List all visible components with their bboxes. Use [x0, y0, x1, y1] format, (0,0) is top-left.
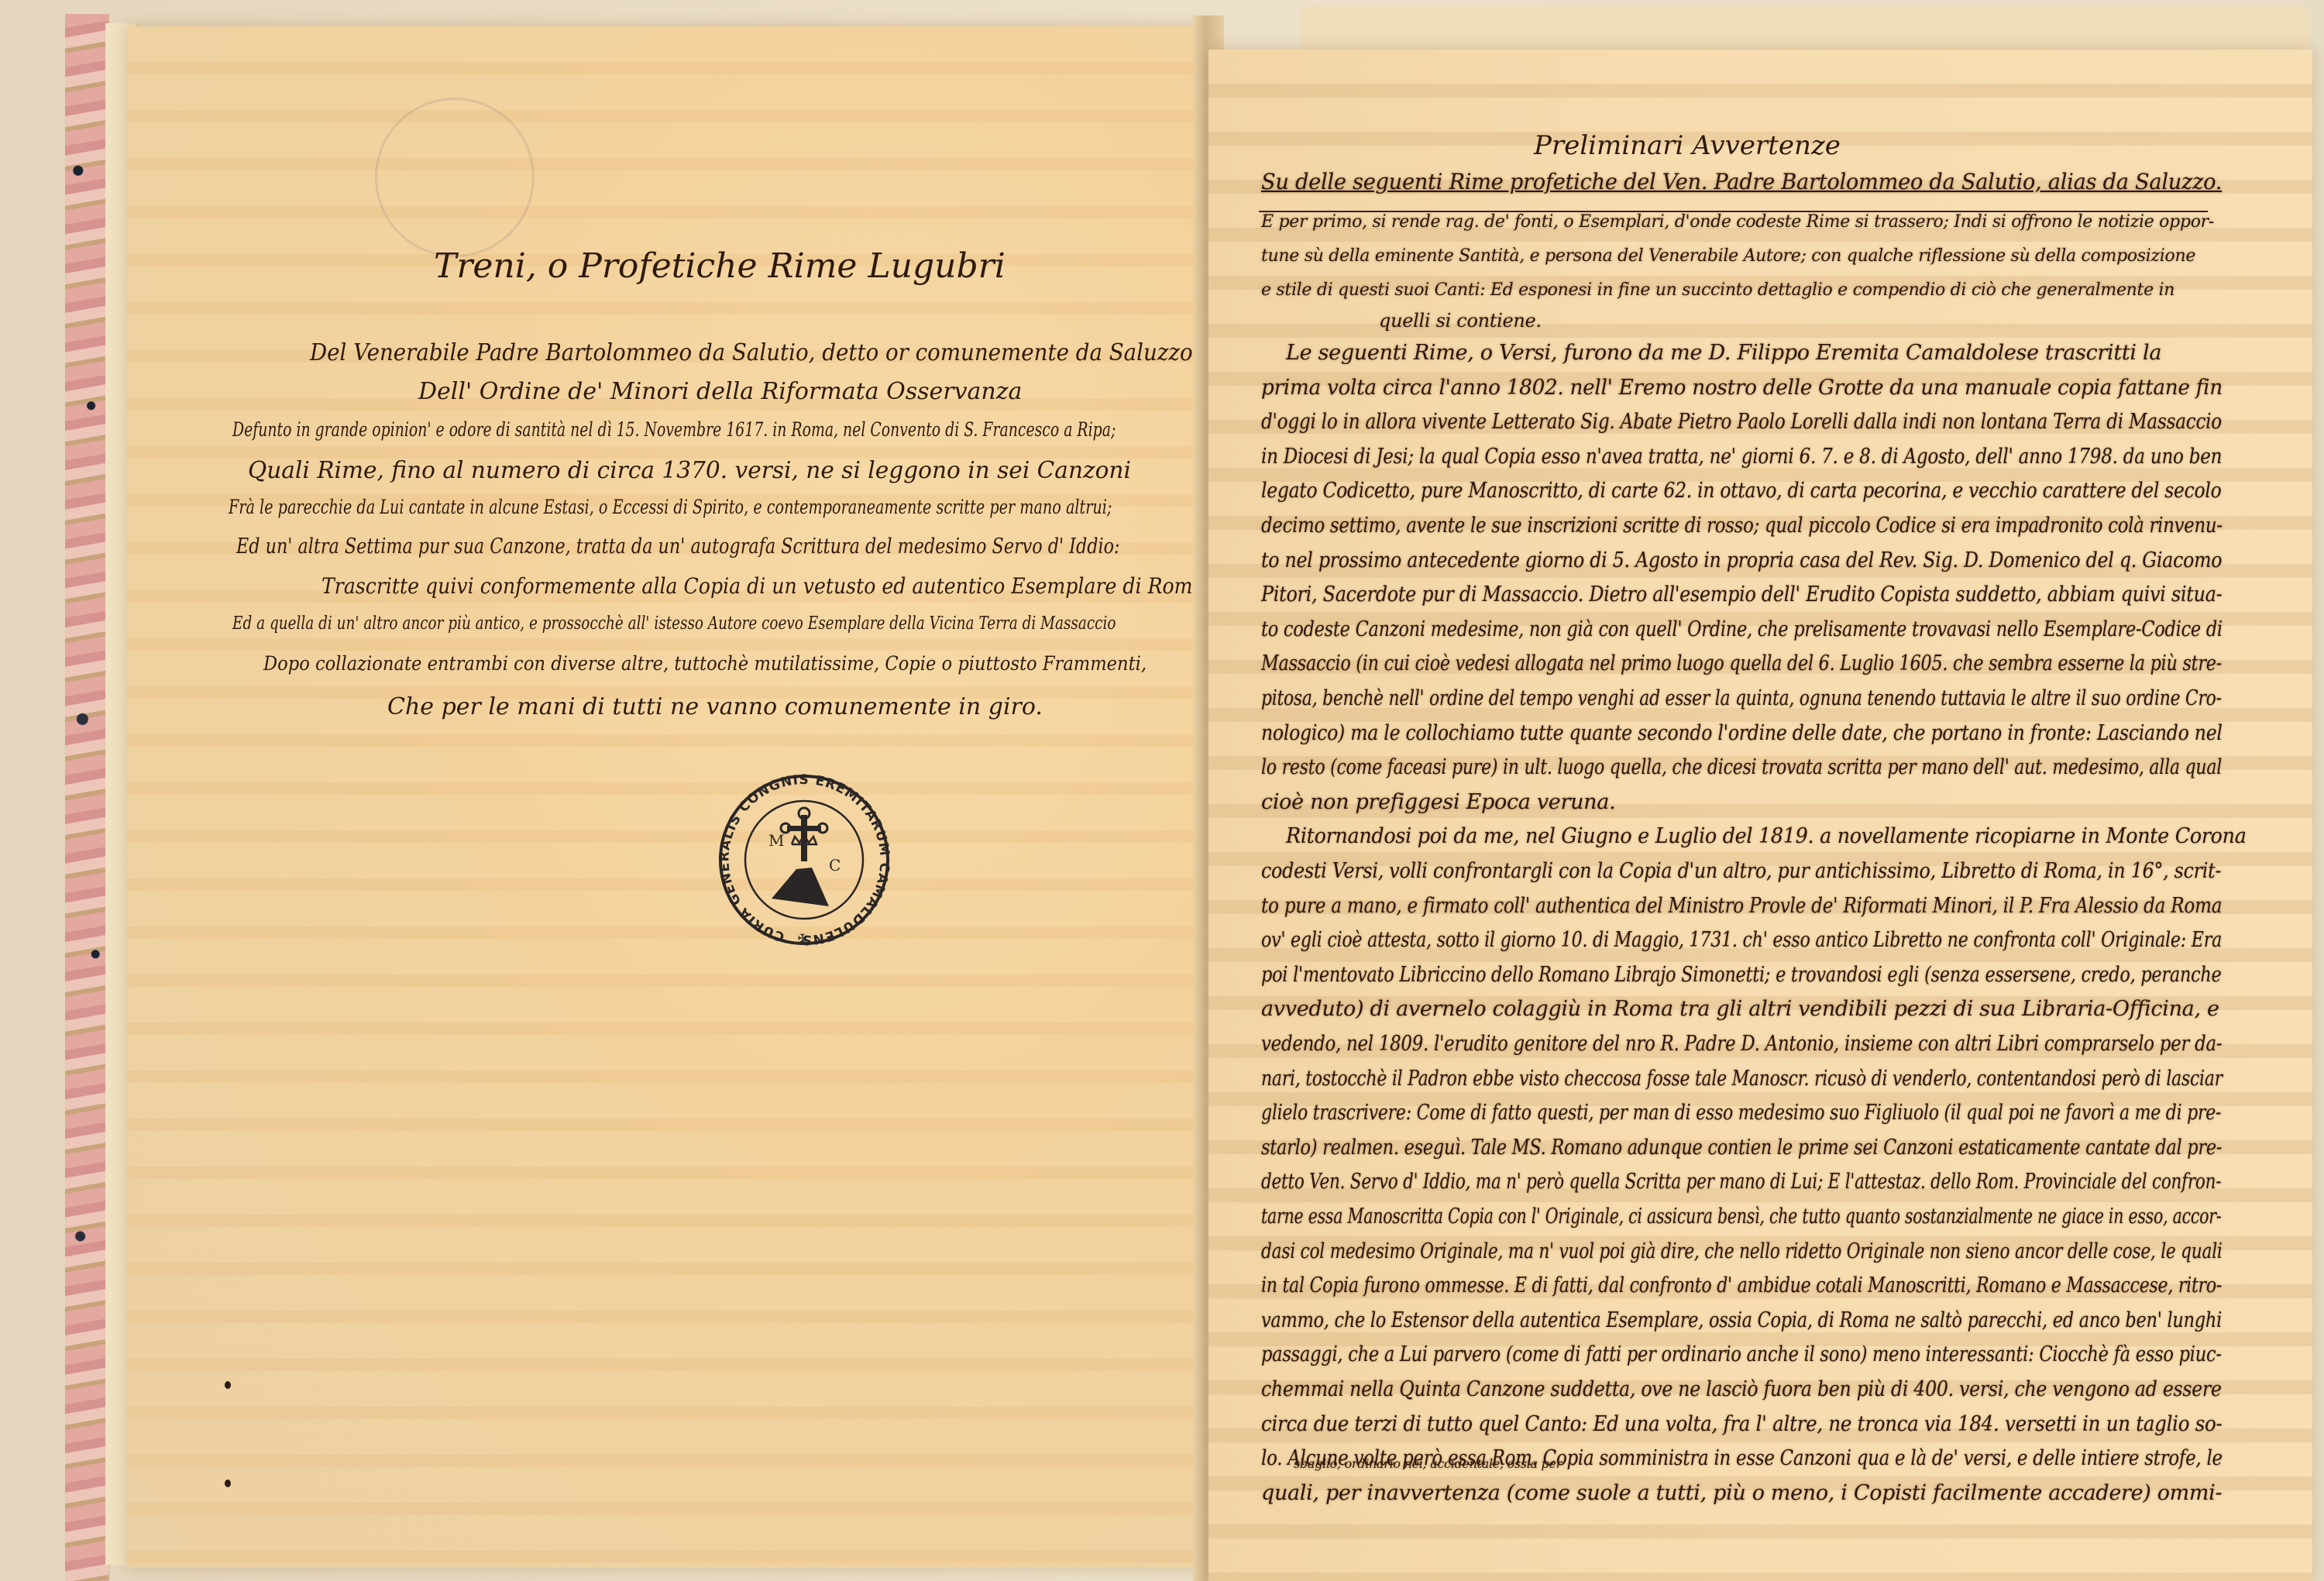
intro-line-3: e stile di questi suoi Canti: Ed espones… [1261, 280, 2174, 300]
body-line: tarne essa Manoscritta Copia con l' Orig… [1261, 1205, 2222, 1229]
svg-text:✠: ✠ [798, 933, 807, 945]
intro-line-2: tune sù della eminente Santità, e person… [1261, 246, 2195, 266]
body-line: prima volta circa l'anno 1802. nell' Ere… [1261, 376, 2223, 400]
body-line: to codeste Canzoni medesime, non già con… [1261, 617, 2223, 641]
body-line: Massaccio (in cui cioè vedesi allogata n… [1261, 651, 2222, 675]
body-line: Le seguenti Rime, o Versi, furono da me … [1286, 341, 2161, 365]
interlinear-insert: sbaglio, ordinario nei, accidentale, oss… [1294, 1456, 1562, 1471]
body-line: vammo, che lo Estensor della autentica E… [1261, 1308, 2222, 1332]
body-line: to nel prossimo antecedente giorno di 5.… [1261, 548, 2222, 572]
body-line: ov' egli cioè attesta, sotto il giorno 1… [1261, 928, 2222, 952]
body-line: decimo settimo, avente le sue inscrizion… [1261, 514, 2223, 538]
body-line: chemmai nella Quinta Canzone suddetta, o… [1261, 1377, 2222, 1401]
marbled-cover-edge [65, 14, 110, 1581]
body-line: Pitori, Sacerdote pur di Massaccio. Diet… [1261, 583, 2222, 607]
manuscript-title: Treni, o Profetiche Rime Lugubri [434, 246, 1006, 286]
body-line: poi l'mentovato Libriccino dello Romano … [1261, 963, 2222, 987]
body-line: glielo trascrivere: Come di fatto questi… [1261, 1101, 2221, 1125]
left-line-7: Trascritte quivi conformemente alla Copi… [321, 573, 1205, 599]
body-line: circa due terzi di tutto quel Canto: Ed … [1261, 1412, 2223, 1436]
svg-text:CURIA GENERALIS CONGNIS EREMIT: CURIA GENERALIS CONGNIS EREMITARUM CAMAL… [688, 759, 892, 947]
bleed-through-stamp [375, 98, 535, 257]
left-line-8: Ed a quella di un' altro ancor più antic… [232, 613, 1116, 634]
seal-letter-m: M [768, 831, 784, 850]
body-line: pitosa, benchè nell' ordine del tempo ve… [1261, 686, 2222, 710]
left-line-3: Defunto in grande opinion' e odore di sa… [232, 418, 1116, 441]
body-line: legato Codicetto, pure Manoscritto, di c… [1261, 479, 2221, 503]
body-line: avveduto) di avernelo colaggiù in Roma t… [1261, 997, 2219, 1021]
body-line: dasi col medesimo Originale, ma n' vuol … [1261, 1239, 2223, 1263]
body-line: starlo) realmen. eseguì. Tale MS. Romano… [1261, 1136, 2222, 1160]
body-line: vedendo, nel 1809. l'erudito genitore de… [1261, 1032, 2222, 1056]
seal-letter-c: C [829, 856, 841, 875]
body-line: cioè non prefiggesi Epoca veruna. [1261, 790, 1615, 814]
body-line: in Diocesi di Jesi; la qual Copia esso n… [1261, 445, 2222, 469]
left-line-6: Ed un' altra Settima pur sua Canzone, tr… [236, 534, 1120, 559]
intro-line-1: E per primo, si rende rag. de' fonti, o … [1261, 212, 2214, 232]
body-line: Ritornandosi poi da me, nel Giugno e Lug… [1286, 824, 2247, 848]
body-line: quali, per inavvertenza (come suole a tu… [1261, 1481, 2222, 1505]
seal-icon: CURIA GENERALIS CONGNIS EREMITARUM CAMAL… [688, 759, 920, 953]
intro-line-4: quelli si contiene. [1379, 310, 1542, 332]
body-line: to pure a mano, e firmato coll' authenti… [1261, 894, 2222, 918]
left-line-4: Quali Rime, fino al numero di circa 1370… [248, 457, 1131, 484]
body-line: nari, tostocchè il Padron ebbe visto che… [1261, 1067, 2223, 1091]
left-line-1: Del Venerabile Padre Bartolommeo da Salu… [310, 339, 1193, 366]
paper-wormhole [225, 1480, 231, 1487]
left-line-2: Dell' Ordine de' Minori della Riformata … [418, 378, 1022, 405]
page-subheading: Su delle seguenti Rime profetiche del Ve… [1261, 169, 2222, 194]
body-line: in tal Copia furono ommesse. E di fatti,… [1261, 1273, 2222, 1297]
left-line-5: Frà le parecchie da Lui cantate in alcun… [229, 496, 1112, 518]
body-line: codesti Versi, volli confrontargli con l… [1261, 859, 2221, 883]
body-line: d'oggi lo in allora vivente Letterato Si… [1261, 410, 2222, 434]
camaldolese-seal-stamp: CURIA GENERALIS CONGNIS EREMITARUM CAMAL… [688, 759, 920, 953]
left-line-10: Che per le mani di tutti ne vanno comune… [387, 693, 1043, 720]
body-line: detto Ven. Servo d' Iddio, ma n' però qu… [1261, 1170, 2221, 1194]
left-line-9: Dopo collazionate entrambi con diverse a… [263, 652, 1147, 675]
paper-wormhole [225, 1381, 231, 1389]
body-line: nologico) ma le collochiamo tutte quante… [1261, 721, 2223, 745]
page-heading: Preliminari Avvertenze [1534, 130, 1841, 161]
body-line: lo resto (come faceasi pure) in ult. luo… [1261, 755, 2222, 779]
body-line: passaggi, che a Lui parvero (come di fat… [1261, 1342, 2222, 1366]
